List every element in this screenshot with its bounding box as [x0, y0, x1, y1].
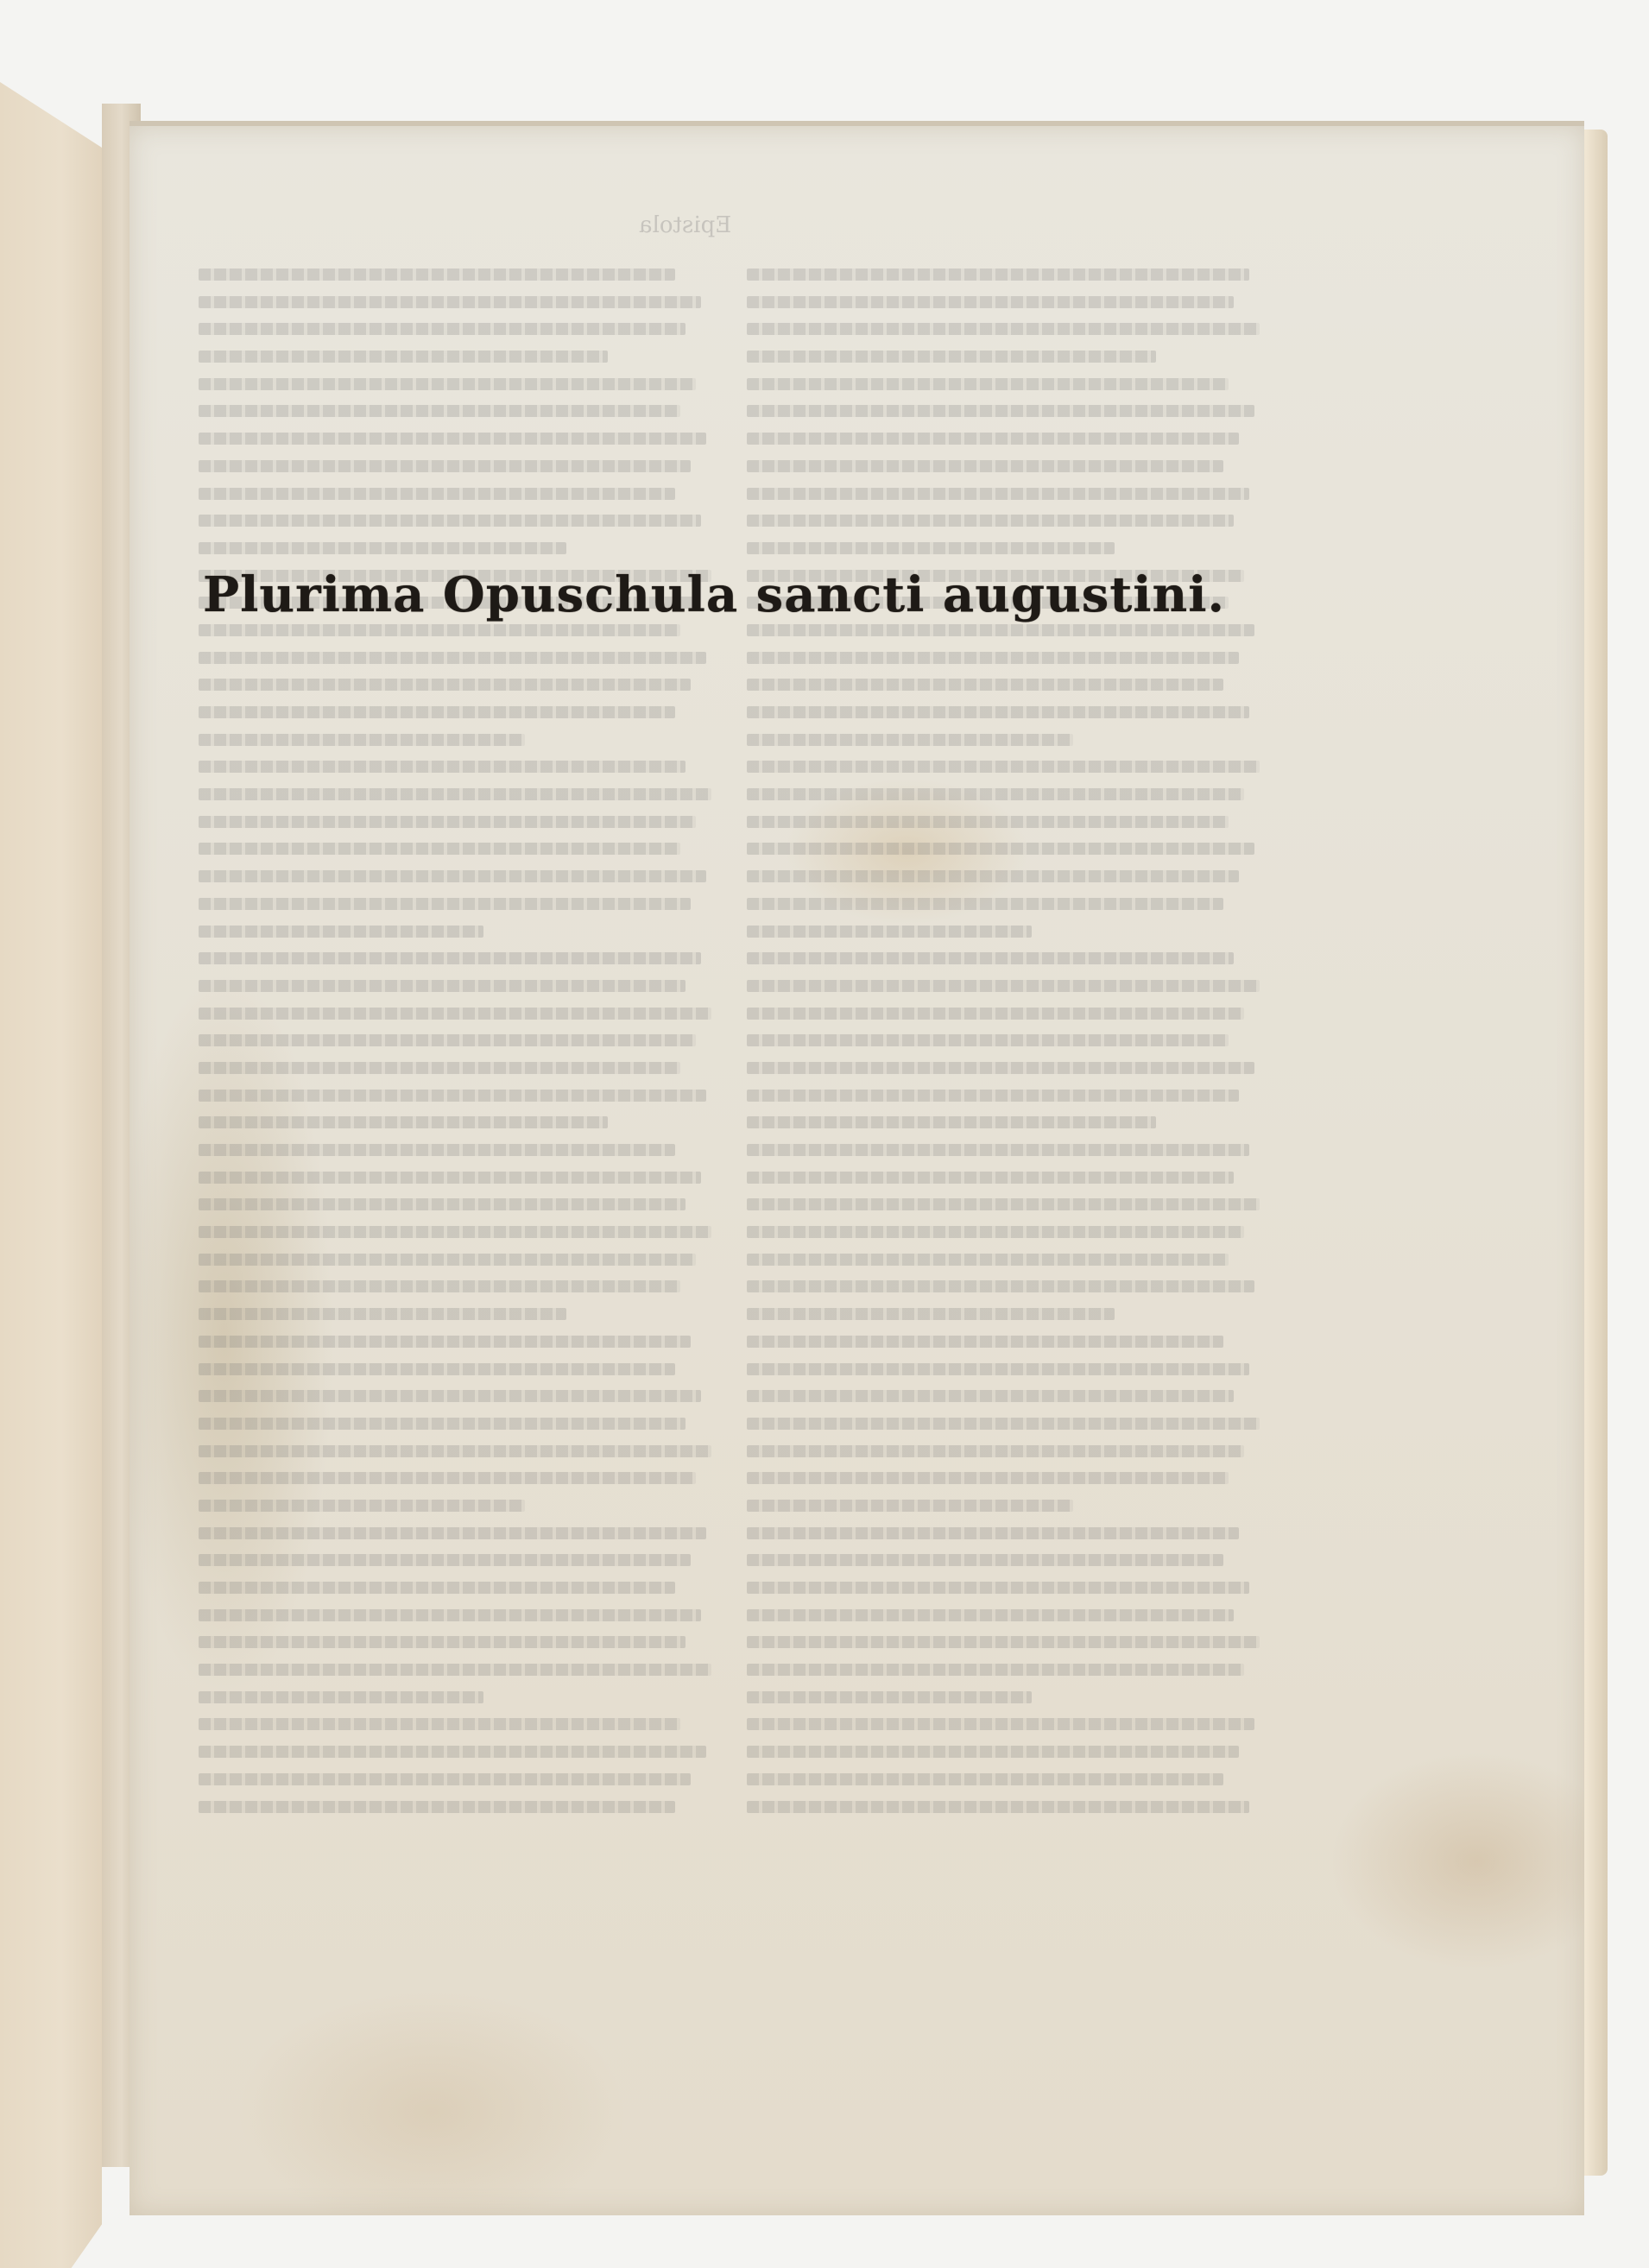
- bleedthrough-line: [199, 323, 686, 335]
- bleedthrough-column-right: [747, 268, 1265, 1828]
- bleedthrough-line: [747, 1582, 1249, 1594]
- bleedthrough-line: [199, 1336, 691, 1348]
- left-page-edge: [0, 82, 102, 2268]
- bleedthrough-line: [747, 1746, 1239, 1758]
- bleedthrough-line: [747, 1008, 1244, 1020]
- bleedthrough-line: [199, 706, 675, 718]
- bleedthrough-line: [747, 843, 1254, 855]
- bleedthrough-line: [199, 761, 686, 773]
- bleedthrough-line: [199, 542, 566, 554]
- bleedthrough-line: [199, 734, 525, 746]
- bleedthrough-line: [199, 1500, 525, 1512]
- bleedthrough-line: [199, 1636, 686, 1648]
- bleedthrough-line: [199, 980, 686, 992]
- bleedthrough-line: [199, 433, 706, 445]
- bleedthrough-line: [199, 1172, 701, 1184]
- bleedthrough-line: [199, 1008, 711, 1020]
- bleedthrough-line: [747, 1801, 1249, 1813]
- bleedthrough-line: [747, 1254, 1229, 1266]
- bleedthrough-line: [747, 1363, 1249, 1375]
- bleedthrough-line: [747, 980, 1260, 992]
- running-head-bleedthrough: Epistola: [639, 212, 731, 238]
- bleedthrough-line: [747, 1527, 1239, 1539]
- bleedthrough-line: [747, 652, 1239, 664]
- bleedthrough-line: [199, 788, 711, 800]
- bleedthrough-line: [747, 734, 1073, 746]
- bleedthrough-line: [199, 843, 680, 855]
- bleedthrough-line: [747, 679, 1223, 691]
- bleedthrough-line: [199, 1198, 686, 1210]
- bleedthrough-line: [199, 926, 483, 938]
- bleedthrough-line: [199, 1773, 691, 1785]
- bleedthrough-line: [199, 1390, 701, 1402]
- bleedthrough-line: [199, 1664, 711, 1676]
- bleedthrough-line: [199, 405, 680, 417]
- bleedthrough-column-left: [199, 268, 717, 1828]
- bleedthrough-line: [199, 870, 706, 882]
- bleedthrough-line: [199, 1254, 696, 1266]
- bleedthrough-line: [747, 1418, 1260, 1430]
- bleedthrough-line: [199, 460, 691, 472]
- bleedthrough-line: [199, 1691, 483, 1703]
- bleedthrough-line: [199, 1582, 675, 1594]
- bleedthrough-line: [747, 488, 1249, 500]
- bleedthrough-line: [747, 898, 1223, 910]
- bleedthrough-line: [747, 1062, 1254, 1074]
- bleedthrough-line: [199, 679, 691, 691]
- bleedthrough-line: [747, 1773, 1223, 1785]
- bleedthrough-line: [199, 1062, 680, 1074]
- bleedthrough-line: [199, 1363, 675, 1375]
- bleedthrough-line: [199, 378, 696, 390]
- bleedthrough-line: [199, 268, 675, 281]
- bleedthrough-line: [747, 706, 1249, 718]
- bleedthrough-line: [747, 1445, 1244, 1457]
- bleedthrough-line: [747, 1691, 1032, 1703]
- bleedthrough-line: [747, 1144, 1249, 1156]
- bleedthrough-line: [747, 1609, 1234, 1621]
- bleedthrough-line: [199, 898, 691, 910]
- bleedthrough-line: [747, 542, 1115, 554]
- bleedthrough-line: [747, 1034, 1229, 1046]
- bleedthrough-line: [199, 1090, 706, 1102]
- bleedthrough-line: [199, 1527, 706, 1539]
- bleedthrough-line: [747, 761, 1260, 773]
- bleedthrough-line: [199, 1746, 706, 1758]
- bleedthrough-line: [747, 378, 1229, 390]
- bleedthrough-line: [199, 1445, 711, 1457]
- bleedthrough-line: [747, 1390, 1234, 1402]
- bleedthrough-line: [747, 1636, 1260, 1648]
- bleedthrough-line: [199, 624, 680, 636]
- bleedthrough-line: [199, 1554, 691, 1566]
- bleedthrough-line: [747, 323, 1260, 335]
- bleedthrough-line: [199, 1472, 696, 1484]
- bleedthrough-line: [747, 1336, 1223, 1348]
- bleedthrough-line: [199, 652, 706, 664]
- bleedthrough-line: [199, 1034, 696, 1046]
- bleedthrough-line: [747, 268, 1249, 281]
- bleedthrough-line: [199, 1801, 675, 1813]
- bleedthrough-line: [199, 351, 608, 363]
- bleedthrough-line: [747, 816, 1229, 828]
- bleedthrough-line: [747, 1116, 1156, 1128]
- bleedthrough-line: [747, 460, 1223, 472]
- bleedthrough-line: [747, 405, 1254, 417]
- bleedthrough-line: [199, 816, 696, 828]
- bleedthrough-line: [747, 1280, 1254, 1292]
- bleedthrough-line: [747, 1554, 1223, 1566]
- bleedthrough-line: [199, 1144, 675, 1156]
- bleedthrough-line: [199, 1116, 608, 1128]
- bleedthrough-line: [199, 1308, 566, 1320]
- bleedthrough-line: [747, 433, 1239, 445]
- bleedthrough-line: [199, 1280, 680, 1292]
- bleedthrough-line: [747, 788, 1244, 800]
- bleedthrough-line: [747, 296, 1234, 308]
- bleedthrough-line: [199, 488, 675, 500]
- bleedthrough-line: [747, 1472, 1229, 1484]
- bleedthrough-line: [199, 515, 701, 527]
- bleedthrough-line: [199, 1226, 711, 1238]
- bleedthrough-line: [747, 1718, 1254, 1730]
- bleedthrough-line: [747, 926, 1032, 938]
- bleedthrough-line: [199, 296, 701, 308]
- bleedthrough-line: [199, 1718, 680, 1730]
- title-page: Epistola: [130, 121, 1584, 2215]
- bleedthrough-line: [747, 515, 1234, 527]
- bleedthrough-line: [747, 1172, 1234, 1184]
- bleedthrough-line: [747, 1226, 1244, 1238]
- bleedthrough-line: [747, 952, 1234, 964]
- bleedthrough-line: [747, 351, 1156, 363]
- bleedthrough-line: [747, 624, 1254, 636]
- bleedthrough-line: [199, 1609, 701, 1621]
- bleedthrough-line: [747, 870, 1239, 882]
- bleedthrough-line: [747, 1090, 1239, 1102]
- bleedthrough-line: [747, 1664, 1244, 1676]
- bleedthrough-line: [199, 952, 701, 964]
- bleedthrough-line: [747, 1308, 1115, 1320]
- bleedthrough-line: [747, 1500, 1073, 1512]
- bleedthrough-line: [747, 1198, 1260, 1210]
- book-title: Plurima Opuschula sancti augustini.: [203, 566, 1239, 623]
- bleedthrough-line: [199, 1418, 686, 1430]
